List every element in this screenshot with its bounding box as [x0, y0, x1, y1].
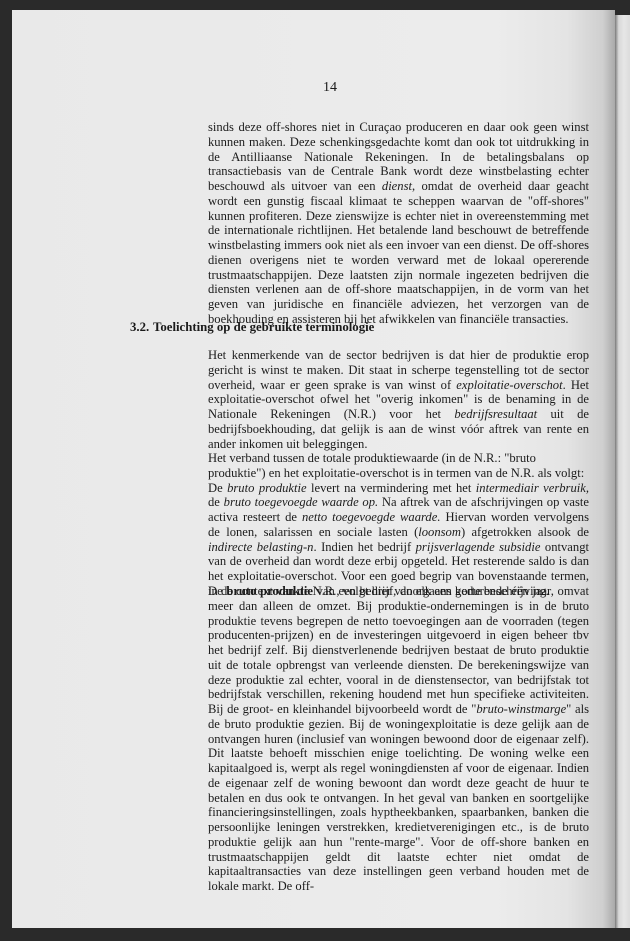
italic-term: indirecte belasting-n — [208, 540, 313, 554]
text-run: ) afgetrokken alsook de — [461, 525, 589, 539]
text-run: . Indien het bedrijf — [313, 540, 415, 554]
paragraph-intro: sinds deze off-shores niet in Curaçao pr… — [208, 120, 589, 327]
italic-term: bedrijfsresultaat — [454, 407, 537, 421]
text-run: De — [208, 481, 227, 495]
page-number: 14 — [0, 80, 630, 96]
italic-term: bruto toegevoegde waarde op. — [224, 495, 379, 509]
italic-term: netto toegevoegde waarde. — [302, 510, 441, 524]
italic-term: exploitatie-overschot — [456, 378, 562, 392]
section-number: 3.2. — [130, 320, 153, 335]
text-run: levert na vermindering met het — [307, 481, 476, 495]
italic-term: bruto-winstmarge — [476, 702, 566, 716]
italic-term: loonsom — [418, 525, 461, 539]
section-heading: 3.2.Toelichting op de gebruikte terminol… — [130, 320, 374, 335]
text-run: de — [208, 495, 224, 509]
italic-term: prijsverlagende subsidie — [416, 540, 541, 554]
paragraph-2: Het verband tussen de totale produktiewa… — [208, 451, 589, 599]
text-run: De — [208, 584, 226, 598]
paragraph-2-intro: Het verband tussen de totale produktiewa… — [208, 451, 589, 481]
text-run: van een bedrijf, doorgaans gedurende één… — [208, 584, 589, 716]
page-stack-edge — [615, 15, 630, 928]
italic-term: intermediair verbruik, — [476, 481, 589, 495]
paragraph-3: De bruto produktie van een bedrijf, door… — [208, 584, 589, 894]
paragraph-1: Het kenmerkende van de sector bedrijven … — [208, 348, 589, 451]
text-run: , omdat de overheid daar geacht wordt ee… — [208, 179, 589, 326]
section-title: Toelichting op de gebruikte terminologie — [153, 320, 374, 334]
text-run: " als de bruto produktie gezien. Bij de … — [208, 702, 589, 893]
bold-term: bruto produktie — [226, 584, 313, 598]
italic-term: bruto produktie — [227, 481, 307, 495]
italic-term: dienst — [382, 179, 412, 193]
